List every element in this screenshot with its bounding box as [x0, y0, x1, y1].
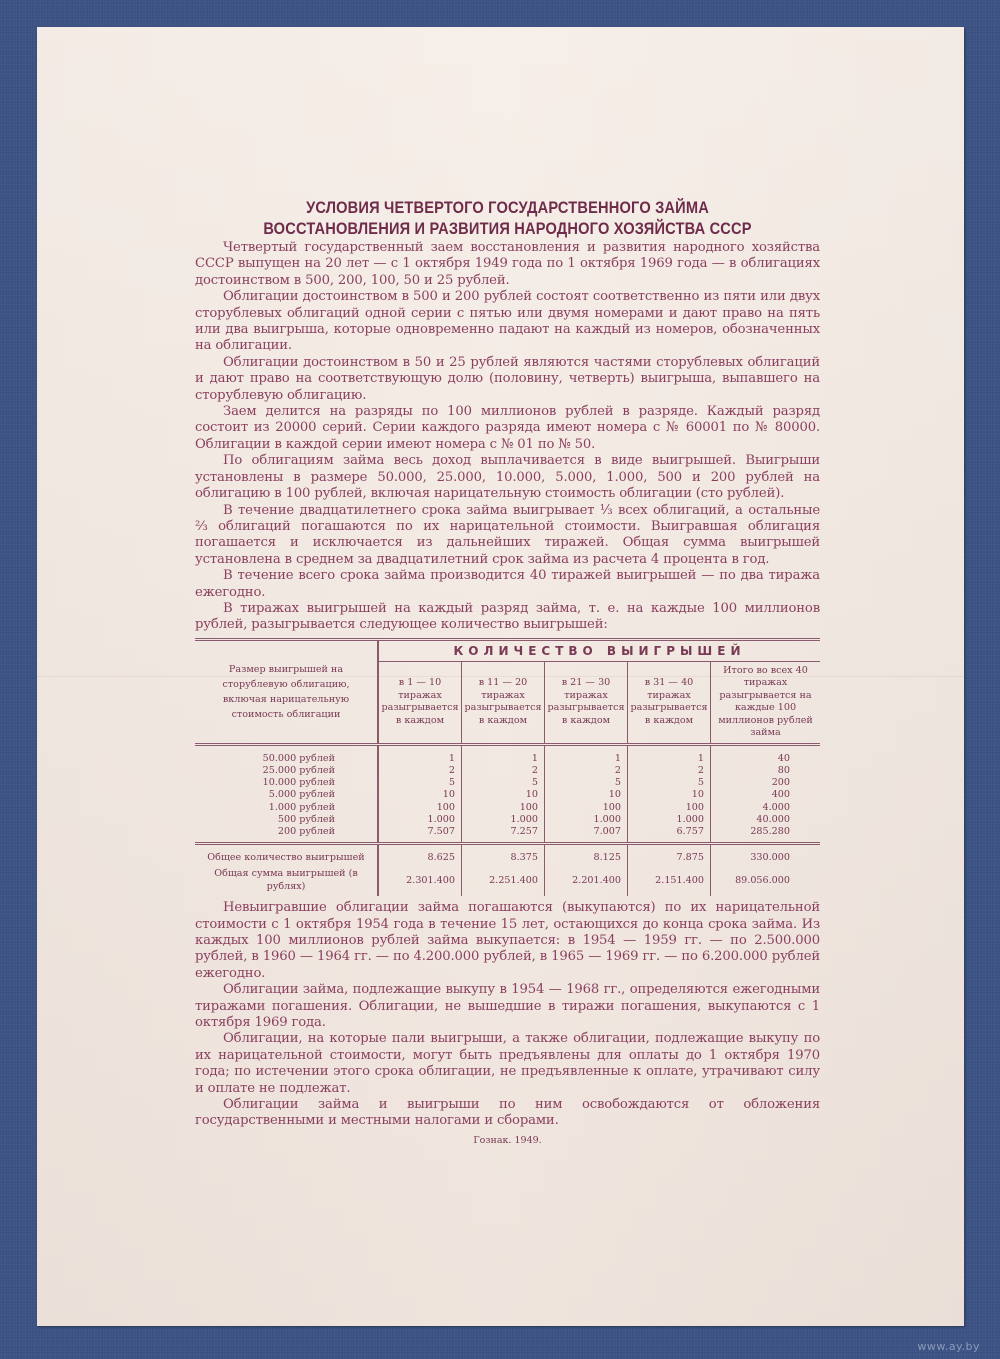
table-group-header: КОЛИЧЕСТВО ВЫИГРЫШЕЙ [378, 641, 820, 662]
cell-value: 8.375 [462, 844, 545, 865]
site-watermark: www.ay.by [917, 1340, 980, 1353]
row-label: 25.000 рублей [195, 765, 378, 777]
loan-conditions: УСЛОВИЯ ЧЕТВЕРТОГО ГОСУДАРСТВЕННОГО ЗАЙМ… [195, 197, 820, 1146]
cell-value: 2.201.400 [545, 864, 628, 896]
paragraph: Заем делится на разряды по 100 миллионов… [195, 404, 820, 453]
cell-value: 5 [545, 777, 628, 789]
cell-value: 40.000 [711, 814, 821, 826]
cell-value: 7.007 [545, 826, 628, 844]
cell-value: 10 [545, 789, 628, 801]
paragraph: Невыигравшие облигации займа погашаются … [195, 900, 820, 982]
row-label: 1.000 рублей [195, 802, 378, 814]
cell-value: 7.875 [628, 844, 711, 865]
cell-value: 100 [628, 802, 711, 814]
cell-value: 330.000 [711, 844, 821, 865]
cell-value: 2 [462, 765, 545, 777]
intro-section: Четвертый государственный заем восстанов… [195, 240, 820, 641]
cell-value: 100 [462, 802, 545, 814]
row-label: Общее количество выигрышей [195, 844, 378, 865]
column-header: в 21 — 30 тиражах разыгрывается в каждом [545, 661, 628, 744]
cell-value: 100 [545, 802, 628, 814]
table-row: Общее количество выигрышей8.6258.3758.12… [195, 844, 820, 865]
cell-value: 285.280 [711, 826, 821, 844]
table-row: 500 рублей1.0001.0001.0001.00040.000 [195, 814, 820, 826]
cell-value: 5 [462, 777, 545, 789]
cell-value: 2 [545, 765, 628, 777]
cell-value: 2.151.400 [628, 864, 711, 896]
title-line-2: ВОССТАНОВЛЕНИЯ И РАЗВИТИЯ НАРОДНОГО ХОЗЯ… [239, 218, 777, 239]
column-header: в 11 — 20 тиражах разыгрывается в каждом [462, 661, 545, 744]
cell-value: 80 [711, 765, 821, 777]
paragraph: По облигациям займа весь доход выплачива… [195, 453, 820, 502]
cell-value: 200 [711, 777, 821, 789]
table-row: 10.000 рублей5555200 [195, 777, 820, 789]
row-label: 5.000 рублей [195, 789, 378, 801]
cell-value: 5 [378, 777, 462, 789]
cell-value: 1 [545, 744, 628, 765]
cell-value: 1.000 [545, 814, 628, 826]
cell-value: 1 [628, 744, 711, 765]
table-row: Общая сумма выигрышей (в рублях)2.301.40… [195, 864, 820, 896]
table-row: 25.000 рублей222280 [195, 765, 820, 777]
cell-value: 2.251.400 [462, 864, 545, 896]
table-row: 200 рублей7.5077.2577.0076.757285.280 [195, 826, 820, 844]
paragraph: Облигации достоинством в 50 и 25 рублей … [195, 355, 820, 404]
cell-value: 1.000 [628, 814, 711, 826]
cell-value: 40 [711, 744, 821, 765]
table-label-header: Размер выигрышей на сторублевую облигаци… [195, 641, 378, 745]
paragraph: В течение двадцатилетнего срока займа вы… [195, 503, 820, 569]
printer-imprint: Гознак. 1949. [195, 1135, 820, 1146]
table-row: 5.000 рублей10101010400 [195, 789, 820, 801]
table-row: 50.000 рублей111140 [195, 744, 820, 765]
cell-value: 8.625 [378, 844, 462, 865]
title-line-1: УСЛОВИЯ ЧЕТВЕРТОГО ГОСУДАРСТВЕННОГО ЗАЙМ… [239, 197, 777, 218]
cell-value: 2.301.400 [378, 864, 462, 896]
paragraph: Облигации займа и выигрыши по ним освобо… [195, 1097, 820, 1130]
winnings-table: Размер выигрышей на сторублевую облигаци… [195, 641, 820, 896]
bond-reverse-sheet: УСЛОВИЯ ЧЕТВЕРТОГО ГОСУДАРСТВЕННОГО ЗАЙМ… [37, 27, 964, 1326]
paragraph: Облигации займа, подлежащие выкупу в 195… [195, 982, 820, 1031]
paragraph: Облигации, на которые пали выигрыши, а т… [195, 1031, 820, 1097]
row-label: 200 рублей [195, 826, 378, 844]
cell-value: 2 [628, 765, 711, 777]
column-header: в 31 — 40 тиражах разыгрывается в каждом [628, 661, 711, 744]
cell-value: 2 [378, 765, 462, 777]
table-body: 50.000 рублей11114025.000 рублей22228010… [195, 744, 820, 896]
cell-value: 7.507 [378, 826, 462, 844]
cell-value: 400 [711, 789, 821, 801]
paragraph: Облигации достоинством в 500 и 200 рубле… [195, 289, 820, 355]
cell-value: 1.000 [462, 814, 545, 826]
cell-value: 6.757 [628, 826, 711, 844]
paragraph: В тиражах выигрышей на каждый разряд зай… [195, 601, 820, 641]
cell-value: 1.000 [378, 814, 462, 826]
cell-value: 8.125 [545, 844, 628, 865]
row-label: 10.000 рублей [195, 777, 378, 789]
cell-value: 1 [462, 744, 545, 765]
closing-section: Невыигравшие облигации займа погашаются … [195, 900, 820, 1130]
cell-value: 100 [378, 802, 462, 814]
paragraph: В течение всего срока займа производится… [195, 568, 820, 601]
cell-value: 7.257 [462, 826, 545, 844]
paragraph: Четвертый государственный заем восстанов… [195, 240, 820, 289]
column-header: Итого во всех 40 тиражах разыгрывается н… [711, 661, 821, 744]
cell-value: 5 [628, 777, 711, 789]
column-header: в 1 — 10 тиражах разыгрывается в каждом [378, 661, 462, 744]
row-label: Общая сумма выигрышей (в рублях) [195, 864, 378, 896]
cell-value: 10 [378, 789, 462, 801]
table-row: 1.000 рублей1001001001004.000 [195, 802, 820, 814]
cell-value: 10 [628, 789, 711, 801]
cell-value: 10 [462, 789, 545, 801]
row-label: 500 рублей [195, 814, 378, 826]
cell-value: 4.000 [711, 802, 821, 814]
cell-value: 1 [378, 744, 462, 765]
cell-value: 89.056.000 [711, 864, 821, 896]
document-title: УСЛОВИЯ ЧЕТВЕРТОГО ГОСУДАРСТВЕННОГО ЗАЙМ… [239, 197, 777, 239]
row-label: 50.000 рублей [195, 744, 378, 765]
